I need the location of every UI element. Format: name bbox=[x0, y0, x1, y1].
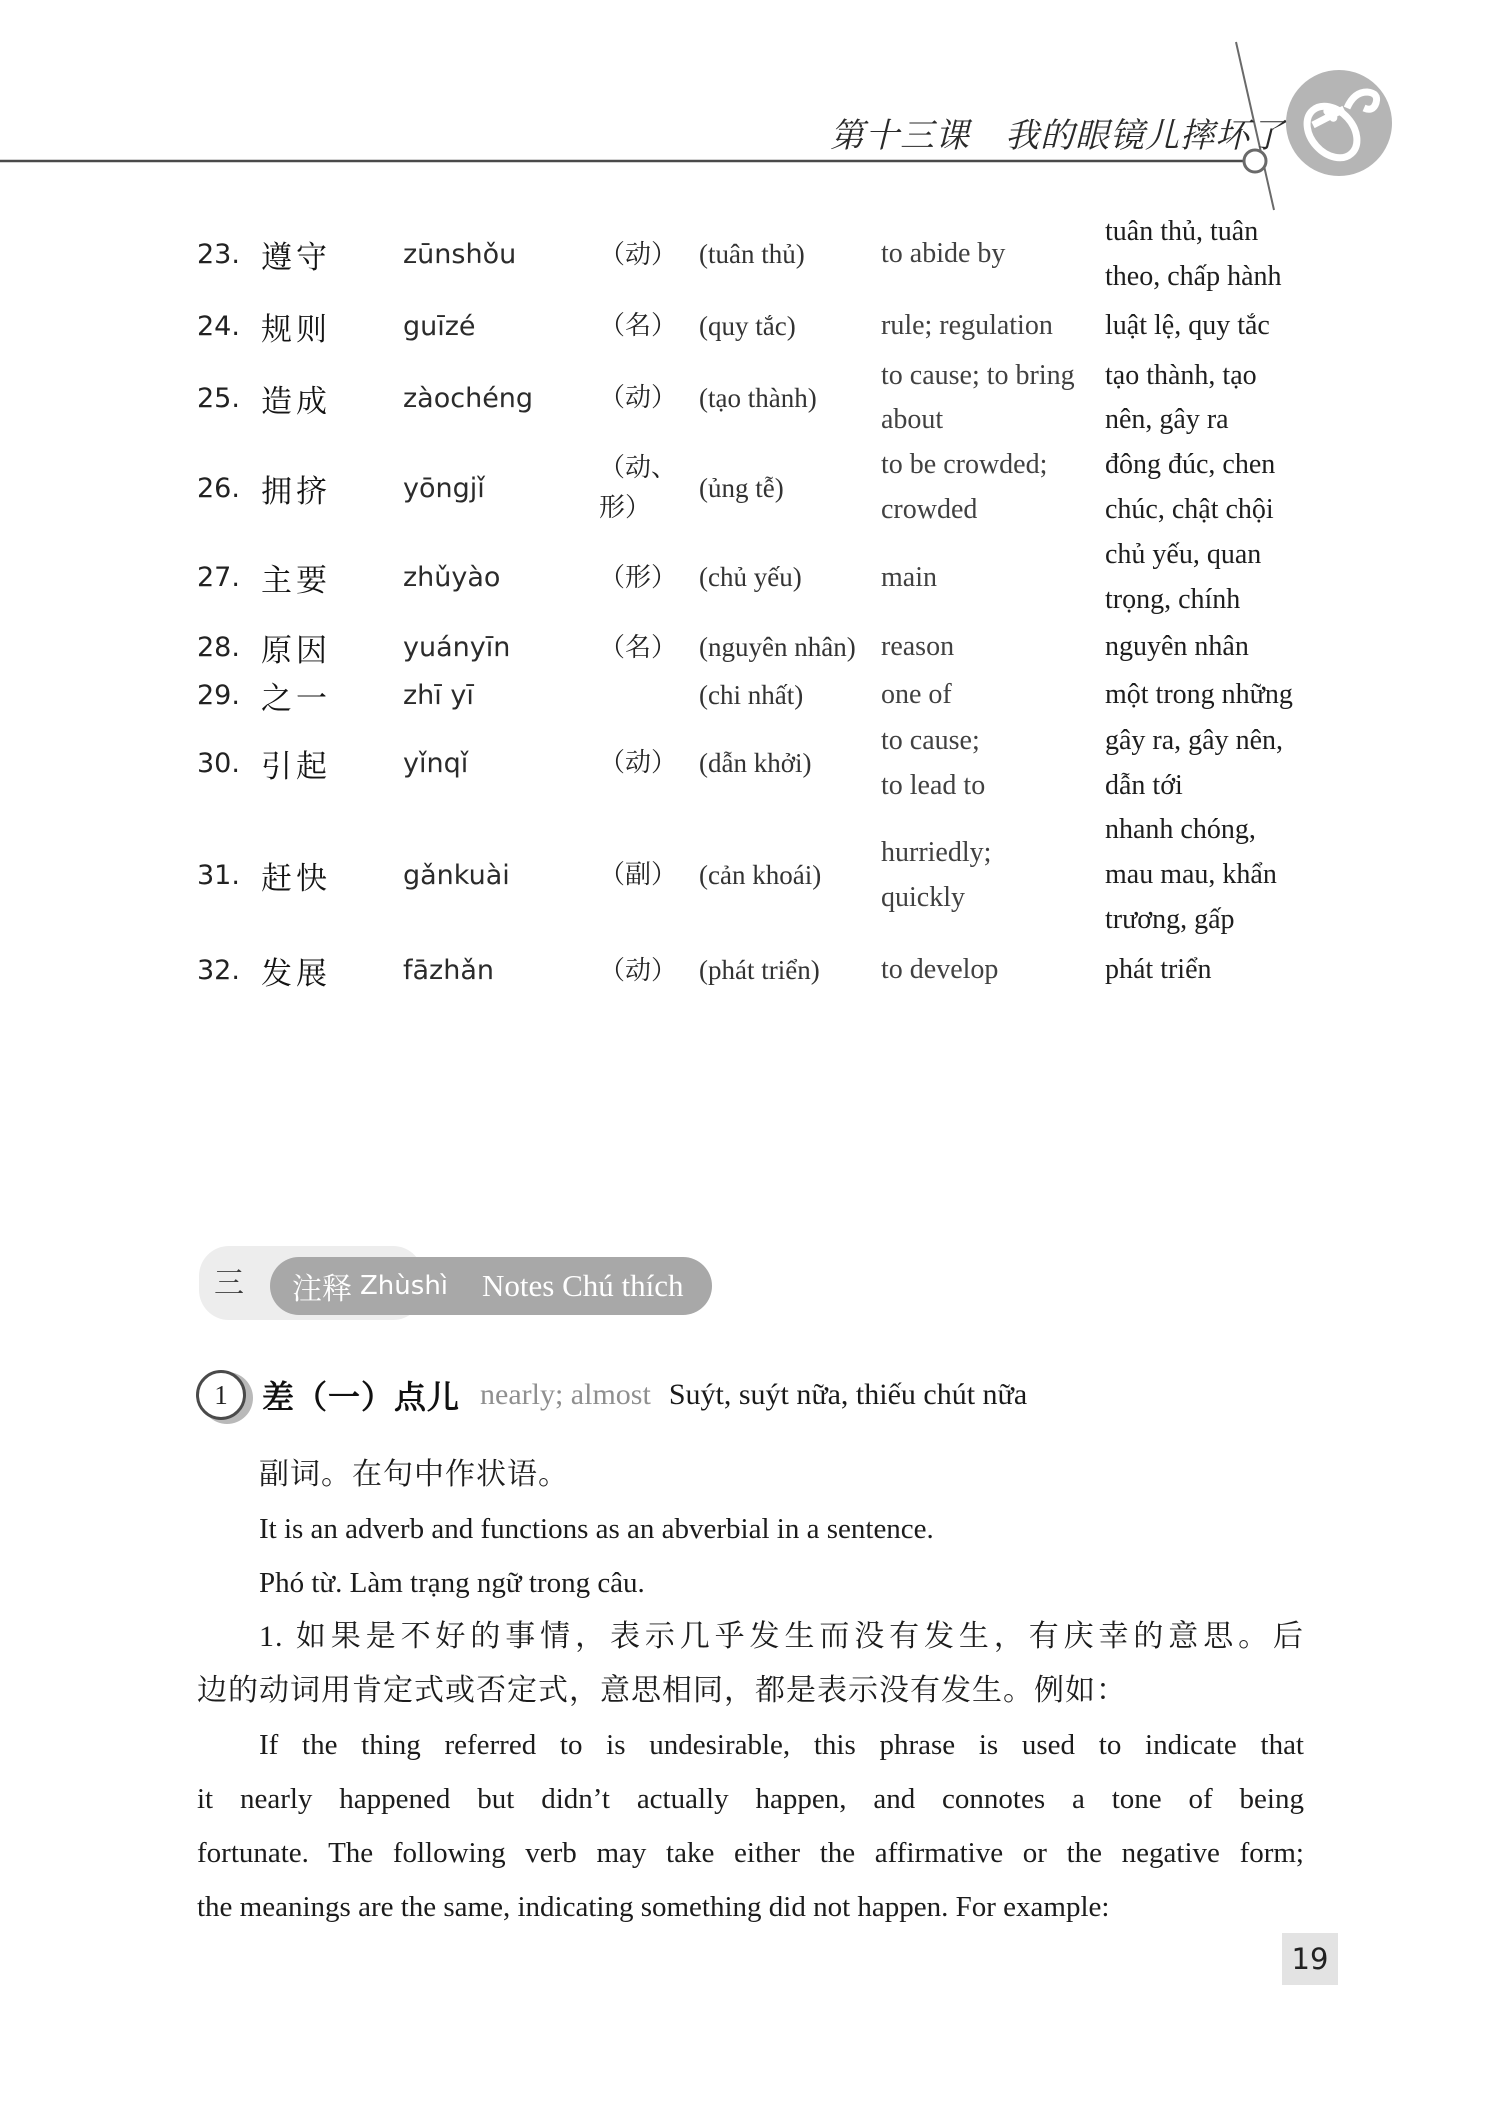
section-pill-dark: 注释 Zhùshì Notes Chú thích bbox=[270, 1257, 712, 1315]
viet-reading: (chi nhất) bbox=[699, 680, 881, 711]
part-of-speech: （名） bbox=[599, 628, 699, 668]
note-number-badge: 1 bbox=[196, 1370, 246, 1420]
table-row: 23. 遵守 zūnshǒu （动） (tuân thủ) to abide b… bbox=[197, 210, 1309, 300]
viet-reading: (dẫn khởi) bbox=[699, 748, 881, 779]
section-title-cn: 注释 bbox=[292, 1264, 352, 1308]
hanzi: 拥挤 bbox=[261, 466, 403, 511]
note-line-zh: 1. 如果是不好的事情，表示几乎发生而没有发生，有庆幸的意思。后 bbox=[197, 1610, 1304, 1664]
viet-meaning: luật lệ, quy tắc bbox=[1093, 304, 1309, 349]
section-title-label: Notes Chú thích bbox=[482, 1268, 684, 1304]
page-number: 19 bbox=[1282, 1933, 1338, 1985]
part-of-speech: （副） bbox=[599, 855, 699, 895]
table-row: 29. 之一 zhī yī (chi nhất) one of một tron… bbox=[197, 673, 1309, 719]
hanzi: 赶快 bbox=[261, 853, 403, 898]
row-number: 32. bbox=[197, 955, 261, 986]
english-meaning: main bbox=[881, 556, 1093, 601]
viet-meaning: nguyên nhân bbox=[1093, 625, 1309, 670]
note-line-en: it nearly happened but didn’t actually h… bbox=[197, 1772, 1304, 1826]
vocab-table: 23. 遵守 zūnshǒu （动） (tuân thủ) to abide b… bbox=[197, 210, 1309, 999]
viet-meaning: đông đúc, chen chúc, chật chội bbox=[1093, 443, 1309, 533]
hanzi: 引起 bbox=[261, 741, 403, 786]
textbook-page: 第十三课 我的眼镜儿摔坏了 23. 遵守 zūnshǒu （动） (tuân t… bbox=[0, 0, 1512, 2119]
table-row: 25. 造成 zàochéng （动） (tạo thành) to cause… bbox=[197, 354, 1309, 444]
viet-meaning: tạo thành, tạo nên, gây ra bbox=[1093, 354, 1309, 444]
pinyin: guīzé bbox=[403, 311, 599, 342]
page-title: 第十三课 我的眼镜儿摔坏了 bbox=[830, 108, 1285, 157]
row-number: 29. bbox=[197, 680, 261, 711]
section-number: 三 bbox=[214, 1258, 244, 1302]
viet-reading: (quy tắc) bbox=[699, 311, 881, 342]
note-line-en: the meanings are the same, indicating so… bbox=[197, 1880, 1304, 1934]
note-heading: 1 差（一）点儿 nearly; almost Suýt, suýt nữa, … bbox=[196, 1370, 1027, 1420]
part-of-speech: （名） bbox=[599, 306, 699, 346]
note-gloss-en: nearly; almost bbox=[480, 1378, 651, 1412]
row-number: 23. bbox=[197, 239, 261, 270]
row-number: 27. bbox=[197, 562, 261, 593]
viet-reading: (ủng tễ) bbox=[699, 473, 881, 504]
viet-meaning: phát triển bbox=[1093, 948, 1309, 993]
part-of-speech: （动） bbox=[599, 743, 699, 783]
part-of-speech: （动、 形） bbox=[599, 448, 699, 529]
part-of-speech: （动） bbox=[599, 951, 699, 991]
part-of-speech: （动） bbox=[599, 235, 699, 275]
hanzi: 规则 bbox=[261, 304, 403, 349]
note-line-zh: 副词。在句中作状语。 bbox=[197, 1448, 1304, 1502]
table-row: 32. 发展 fāzhǎn （动） (phát triển) to develo… bbox=[197, 943, 1309, 999]
pinyin: zhī yī bbox=[403, 680, 599, 711]
viet-reading: (cản khoái) bbox=[699, 860, 881, 891]
viet-meaning: gây ra, gây nên, dẫn tới bbox=[1093, 719, 1309, 809]
pinyin: yuányīn bbox=[403, 632, 599, 663]
english-meaning: one of bbox=[881, 673, 1093, 718]
hanzi: 遵守 bbox=[261, 232, 403, 277]
english-meaning: to cause; to lead to bbox=[881, 719, 1093, 809]
note-line-en: fortunate. The following verb may take e… bbox=[197, 1826, 1304, 1880]
note-line-en: It is an adverb and functions as an abve… bbox=[197, 1502, 1304, 1556]
pinyin: fāzhǎn bbox=[403, 955, 599, 986]
row-number: 24. bbox=[197, 311, 261, 342]
hanzi: 发展 bbox=[261, 948, 403, 993]
row-number: 30. bbox=[197, 748, 261, 779]
viet-reading: (phát triển) bbox=[699, 955, 881, 986]
pinyin: gǎnkuài bbox=[403, 860, 599, 891]
viet-reading: (chủ yếu) bbox=[699, 562, 881, 593]
hanzi: 之一 bbox=[261, 673, 403, 718]
english-meaning: reason bbox=[881, 625, 1093, 670]
hanzi: 原因 bbox=[261, 625, 403, 670]
viet-reading: (tạo thành) bbox=[699, 383, 881, 414]
pinyin: yōngjǐ bbox=[403, 473, 599, 504]
table-row: 27. 主要 zhǔyào （形） (chủ yếu) main chủ yếu… bbox=[197, 533, 1309, 623]
note-line-vi: Phó từ. Làm trạng ngữ trong câu. bbox=[197, 1556, 1304, 1610]
viet-meaning: một trong những bbox=[1093, 673, 1309, 718]
english-meaning: to develop bbox=[881, 948, 1093, 993]
row-number: 28. bbox=[197, 632, 261, 663]
row-number: 26. bbox=[197, 473, 261, 504]
hanzi: 造成 bbox=[261, 376, 403, 421]
note-gloss-vi: Suýt, suýt nữa, thiếu chút nữa bbox=[669, 1378, 1027, 1412]
table-row: 30. 引起 yǐnqǐ （动） (dẫn khởi) to cause; to… bbox=[197, 719, 1309, 809]
pinyin: zūnshǒu bbox=[403, 239, 599, 270]
note-term: 差（一）点儿 bbox=[262, 1372, 460, 1418]
table-row: 28. 原因 yuányīn （名） (nguyên nhân) reason … bbox=[197, 623, 1309, 673]
english-meaning: to cause; to bring about bbox=[881, 354, 1093, 444]
table-row: 31. 赶快 gǎnkuài （副） (cản khoái) hurriedly… bbox=[197, 808, 1309, 942]
viet-meaning: tuân thủ, tuân theo, chấp hành bbox=[1093, 210, 1309, 300]
mouse-icon bbox=[1286, 70, 1392, 176]
note-body: 副词。在句中作状语。 It is an adverb and functions… bbox=[197, 1448, 1304, 1934]
pinyin: zhǔyào bbox=[403, 562, 599, 593]
english-meaning: hurriedly; quickly bbox=[881, 831, 1093, 921]
table-row: 26. 拥挤 yōngjǐ （动、 形） (ủng tễ) to be crow… bbox=[197, 443, 1309, 533]
english-meaning: rule; regulation bbox=[881, 304, 1093, 349]
pinyin: zàochéng bbox=[403, 383, 599, 414]
row-number: 25. bbox=[197, 383, 261, 414]
note-line-en: If the thing referred to is undesirable,… bbox=[197, 1718, 1304, 1772]
table-row: 24. 规则 guīzé （名） (quy tắc) rule; regulat… bbox=[197, 300, 1309, 354]
viet-reading: (tuân thủ) bbox=[699, 239, 881, 270]
section-title-pinyin: Zhùshì bbox=[360, 1271, 448, 1301]
hanzi: 主要 bbox=[261, 555, 403, 600]
part-of-speech: （形） bbox=[599, 558, 699, 598]
viet-meaning: nhanh chóng, mau mau, khẩn trương, gấp bbox=[1093, 808, 1309, 942]
note-line-zh: 边的动词用肯定式或否定式，意思相同，都是表示没有发生。例如： bbox=[197, 1664, 1304, 1718]
viet-meaning: chủ yếu, quan trọng, chính bbox=[1093, 533, 1309, 623]
row-number: 31. bbox=[197, 860, 261, 891]
pinyin: yǐnqǐ bbox=[403, 748, 599, 779]
viet-reading: (nguyên nhân) bbox=[699, 632, 881, 663]
english-meaning: to be crowded; crowded bbox=[881, 443, 1093, 533]
part-of-speech: （动） bbox=[599, 378, 699, 418]
english-meaning: to abide by bbox=[881, 232, 1093, 277]
